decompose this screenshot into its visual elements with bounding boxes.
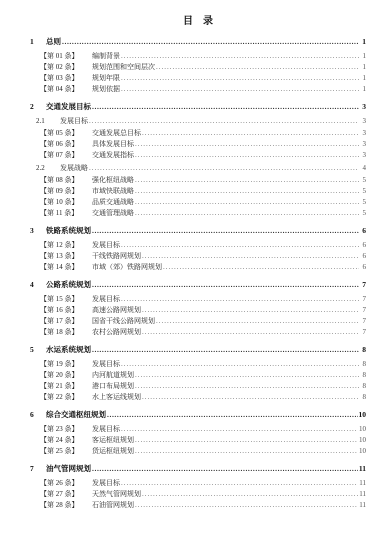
toc-entry-label: 市域快联战略 [92,186,134,197]
toc-entry-page: 1 [360,36,366,48]
dot-leader [121,424,358,435]
toc-entry-page: 3 [360,150,366,161]
toc-entry-article[interactable]: 【第 19 条】发展目标8 [30,359,366,370]
dot-leader [92,279,359,291]
dot-leader [135,500,358,511]
toc-entry-label: 交通管理战略 [92,208,134,219]
dot-leader [156,62,359,73]
toc-entry-label: 石油管网规划 [92,500,134,511]
toc-entry-number: 【第 02 条】 [40,62,92,73]
toc-entry-number: 【第 17 条】 [40,316,92,327]
toc-entry-label: 编制背景 [92,51,120,62]
toc-entry-article[interactable]: 【第 07 条】交通发展指标3 [30,150,366,161]
toc-entry-label: 综合交通枢纽规划 [46,409,106,421]
toc-entry-page: 7 [360,316,366,327]
toc-entry-number: 3 [30,225,46,237]
toc-entry-label: 发展战略 [60,163,88,174]
dot-leader [121,51,359,62]
dot-leader [135,186,359,197]
toc-entry-label: 发展目标 [60,116,88,127]
toc-entry-article[interactable]: 【第 08 条】强化枢纽战略5 [30,175,366,186]
toc-entry-number: 【第 27 条】 [40,489,92,500]
toc-entry-number: 2.1 [36,116,60,127]
toc-entry-page: 3 [360,139,366,150]
toc-entry-page: 3 [360,116,366,127]
toc-entry-page: 7 [360,305,366,316]
dot-leader [163,262,359,273]
dot-leader [135,370,359,381]
toc-entry-number: 【第 08 条】 [40,175,92,186]
toc-entry-label: 港口布局规划 [92,381,134,392]
toc-entry-page: 8 [360,381,366,392]
toc-entry-article[interactable]: 【第 04 条】规划依据1 [30,84,366,95]
toc-entry-page: 4 [360,163,366,174]
dot-leader [121,359,359,370]
toc-entry-article[interactable]: 【第 13 条】干线铁路网规划6 [30,251,366,262]
toc-entry-article[interactable]: 【第 28 条】石油管网规划11 [30,500,366,511]
toc-entry-page: 11 [359,500,366,511]
toc-entry-page: 11 [359,489,366,500]
toc-entry-article[interactable]: 【第 14 条】市域（郊）铁路网规划6 [30,262,366,273]
toc-entry-page: 7 [360,327,366,338]
toc-entry-number: 【第 12 条】 [40,240,92,251]
dot-leader [135,150,359,161]
toc-list: 1总则1【第 01 条】编制背景1【第 02 条】规划范围和空间层次1【第 03… [30,36,366,511]
toc-entry-label: 国省干线公路网规划 [92,316,155,327]
toc-entry-number: 【第 14 条】 [40,262,92,273]
toc-entry-label: 天然气管网规划 [92,489,141,500]
toc-entry-number: 【第 16 条】 [40,305,92,316]
toc-entry-chapter[interactable]: 6综合交通枢纽规划10 [30,409,366,421]
dot-leader [89,116,359,127]
toc-entry-section[interactable]: 2.2发展战略4 [30,163,366,174]
dot-leader [142,305,359,316]
dot-leader [142,327,359,338]
toc-entry-page: 3 [360,101,366,113]
dot-leader [135,435,358,446]
dot-leader [92,463,358,475]
dot-leader [135,446,358,457]
toc-entry-page: 8 [360,392,366,403]
toc-entry-article[interactable]: 【第 22 条】水上客运线规划8 [30,392,366,403]
dot-leader [121,478,358,489]
toc-entry-page: 6 [360,262,366,273]
toc-entry-number: 2.2 [36,163,60,174]
dot-leader [121,240,359,251]
toc-entry-article[interactable]: 【第 18 条】农村公路网规划7 [30,327,366,338]
toc-entry-number: 【第 20 条】 [40,370,92,381]
toc-entry-label: 农村公路网规划 [92,327,141,338]
toc-entry-number: 【第 01 条】 [40,51,92,62]
dot-leader [135,208,359,219]
toc-entry-label: 干线铁路网规划 [92,251,141,262]
toc-entry-article[interactable]: 【第 23 条】发展目标10 [30,424,366,435]
toc-entry-number: 【第 22 条】 [40,392,92,403]
dot-leader [89,163,359,174]
dot-leader [135,139,359,150]
toc-entry-number: 【第 06 条】 [40,139,92,150]
toc-entry-chapter[interactable]: 1总则1 [30,36,366,48]
toc-entry-number: 【第 07 条】 [40,150,92,161]
toc-entry-label: 水运系统规划 [46,344,91,356]
toc-entry-page: 11 [359,478,366,489]
toc-entry-page: 5 [360,175,366,186]
toc-entry-article[interactable]: 【第 12 条】发展目标6 [30,240,366,251]
toc-entry-article[interactable]: 【第 05 条】交通发展总目标3 [30,128,366,139]
toc-entry-number: 【第 26 条】 [40,478,92,489]
toc-entry-number: 【第 15 条】 [40,294,92,305]
toc-entry-label: 规划范围和空间层次 [92,62,155,73]
toc-entry-article[interactable]: 【第 06 条】具体发展目标3 [30,139,366,150]
toc-entry-article[interactable]: 【第 17 条】国省干线公路网规划7 [30,316,366,327]
toc-entry-page: 5 [360,208,366,219]
toc-entry-page: 8 [360,370,366,381]
toc-entry-label: 交通发展总目标 [92,128,141,139]
toc-entry-label: 油气管网规划 [46,463,91,475]
dot-leader [107,409,358,421]
dot-leader [92,344,359,356]
toc-entry-number: 【第 09 条】 [40,186,92,197]
toc-entry-article[interactable]: 【第 20 条】内河航道规划8 [30,370,366,381]
dot-leader [135,175,359,186]
toc-entry-article[interactable]: 【第 24 条】客运枢纽规划10 [30,435,366,446]
toc-entry-page: 10 [359,424,366,435]
toc-entry-label: 强化枢纽战略 [92,175,134,186]
toc-entry-label: 交通发展目标 [46,101,91,113]
dot-leader [142,489,358,500]
toc-entry-number: 【第 19 条】 [40,359,92,370]
toc-entry-article[interactable]: 【第 03 条】规划年限1 [30,73,366,84]
dot-leader [142,251,359,262]
toc-entry-chapter[interactable]: 3铁路系统规划6 [30,225,366,237]
dot-leader [92,225,359,237]
toc-entry-label: 发展目标 [92,359,120,370]
toc-entry-article[interactable]: 【第 10 条】品质交通战略5 [30,197,366,208]
toc-entry-label: 发展目标 [92,294,120,305]
toc-entry-number: 2 [30,101,46,113]
toc-entry-number: 【第 28 条】 [40,500,92,511]
toc-entry-page: 1 [360,62,366,73]
toc-entry-page: 6 [360,251,366,262]
dot-leader [121,84,359,95]
toc-entry-number: 【第 05 条】 [40,128,92,139]
toc-entry-chapter[interactable]: 5水运系统规划8 [30,344,366,356]
toc-entry-article[interactable]: 【第 25 条】货运枢纽规划10 [30,446,366,457]
toc-entry-article[interactable]: 【第 09 条】市域快联战略5 [30,186,366,197]
toc-entry-number: 【第 24 条】 [40,435,92,446]
toc-entry-number: 7 [30,463,46,475]
toc-entry-article[interactable]: 【第 16 条】高速公路网规划7 [30,305,366,316]
toc-entry-label: 交通发展指标 [92,150,134,161]
toc-entry-number: 6 [30,409,46,421]
toc-entry-page: 1 [360,73,366,84]
dot-leader [142,392,359,403]
toc-entry-number: 【第 03 条】 [40,73,92,84]
toc-entry-number: 【第 04 条】 [40,84,92,95]
toc-entry-label: 规划依据 [92,84,120,95]
toc-entry-label: 品质交通战略 [92,197,134,208]
toc-entry-article[interactable]: 【第 11 条】交通管理战略5 [30,208,366,219]
toc-entry-article[interactable]: 【第 15 条】发展目标7 [30,294,366,305]
toc-entry-number: 【第 23 条】 [40,424,92,435]
toc-entry-label: 规划年限 [92,73,120,84]
toc-entry-page: 11 [359,463,366,475]
toc-entry-page: 7 [360,279,366,291]
dot-leader [121,294,359,305]
toc-entry-section[interactable]: 2.1发展目标3 [30,116,366,127]
toc-entry-label: 客运枢纽规划 [92,435,134,446]
toc-entry-page: 1 [360,84,366,95]
toc-entry-number: 【第 11 条】 [40,208,92,219]
dot-leader [62,36,359,48]
toc-entry-chapter[interactable]: 2交通发展目标3 [30,101,366,113]
toc-entry-number: 4 [30,279,46,291]
toc-entry-number: 5 [30,344,46,356]
toc-entry-page: 8 [360,344,366,356]
dot-leader [135,381,359,392]
toc-entry-page: 6 [360,240,366,251]
page-title: 目 录 [30,16,366,28]
toc-entry-label: 公路系统规划 [46,279,91,291]
toc-entry-number: 【第 21 条】 [40,381,92,392]
toc-entry-page: 10 [359,446,366,457]
toc-entry-page: 10 [359,435,366,446]
toc-entry-label: 总则 [46,36,61,48]
toc-entry-label: 发展目标 [92,424,120,435]
toc-entry-label: 货运枢纽规划 [92,446,134,457]
toc-entry-number: 1 [30,36,46,48]
dot-leader [135,197,359,208]
toc-entry-article[interactable]: 【第 21 条】港口布局规划8 [30,381,366,392]
dot-leader [121,73,359,84]
toc-entry-chapter[interactable]: 4公路系统规划7 [30,279,366,291]
toc-entry-label: 发展目标 [92,478,120,489]
toc-entry-page: 1 [360,51,366,62]
toc-entry-page: 5 [360,186,366,197]
toc-entry-page: 7 [360,294,366,305]
toc-entry-number: 【第 18 条】 [40,327,92,338]
toc-entry-page: 3 [360,128,366,139]
document-page: 目 录 1总则1【第 01 条】编制背景1【第 02 条】规划范围和空间层次1【… [0,0,391,548]
toc-entry-article[interactable]: 【第 26 条】发展目标11 [30,478,366,489]
toc-entry-label: 市域（郊）铁路网规划 [92,262,162,273]
toc-entry-number: 【第 10 条】 [40,197,92,208]
toc-entry-chapter[interactable]: 7油气管网规划11 [30,463,366,475]
toc-entry-page: 5 [360,197,366,208]
toc-entry-page: 8 [360,359,366,370]
toc-entry-label: 具体发展目标 [92,139,134,150]
toc-entry-article[interactable]: 【第 02 条】规划范围和空间层次1 [30,62,366,73]
toc-entry-label: 发展目标 [92,240,120,251]
dot-leader [156,316,359,327]
dot-leader [92,101,359,113]
toc-entry-page: 10 [359,409,367,421]
toc-entry-label: 铁路系统规划 [46,225,91,237]
toc-entry-number: 【第 25 条】 [40,446,92,457]
toc-entry-article[interactable]: 【第 27 条】天然气管网规划11 [30,489,366,500]
toc-entry-number: 【第 13 条】 [40,251,92,262]
toc-entry-label: 高速公路网规划 [92,305,141,316]
toc-entry-label: 内河航道规划 [92,370,134,381]
toc-entry-label: 水上客运线规划 [92,392,141,403]
toc-entry-page: 6 [360,225,366,237]
toc-entry-article[interactable]: 【第 01 条】编制背景1 [30,51,366,62]
dot-leader [142,128,359,139]
